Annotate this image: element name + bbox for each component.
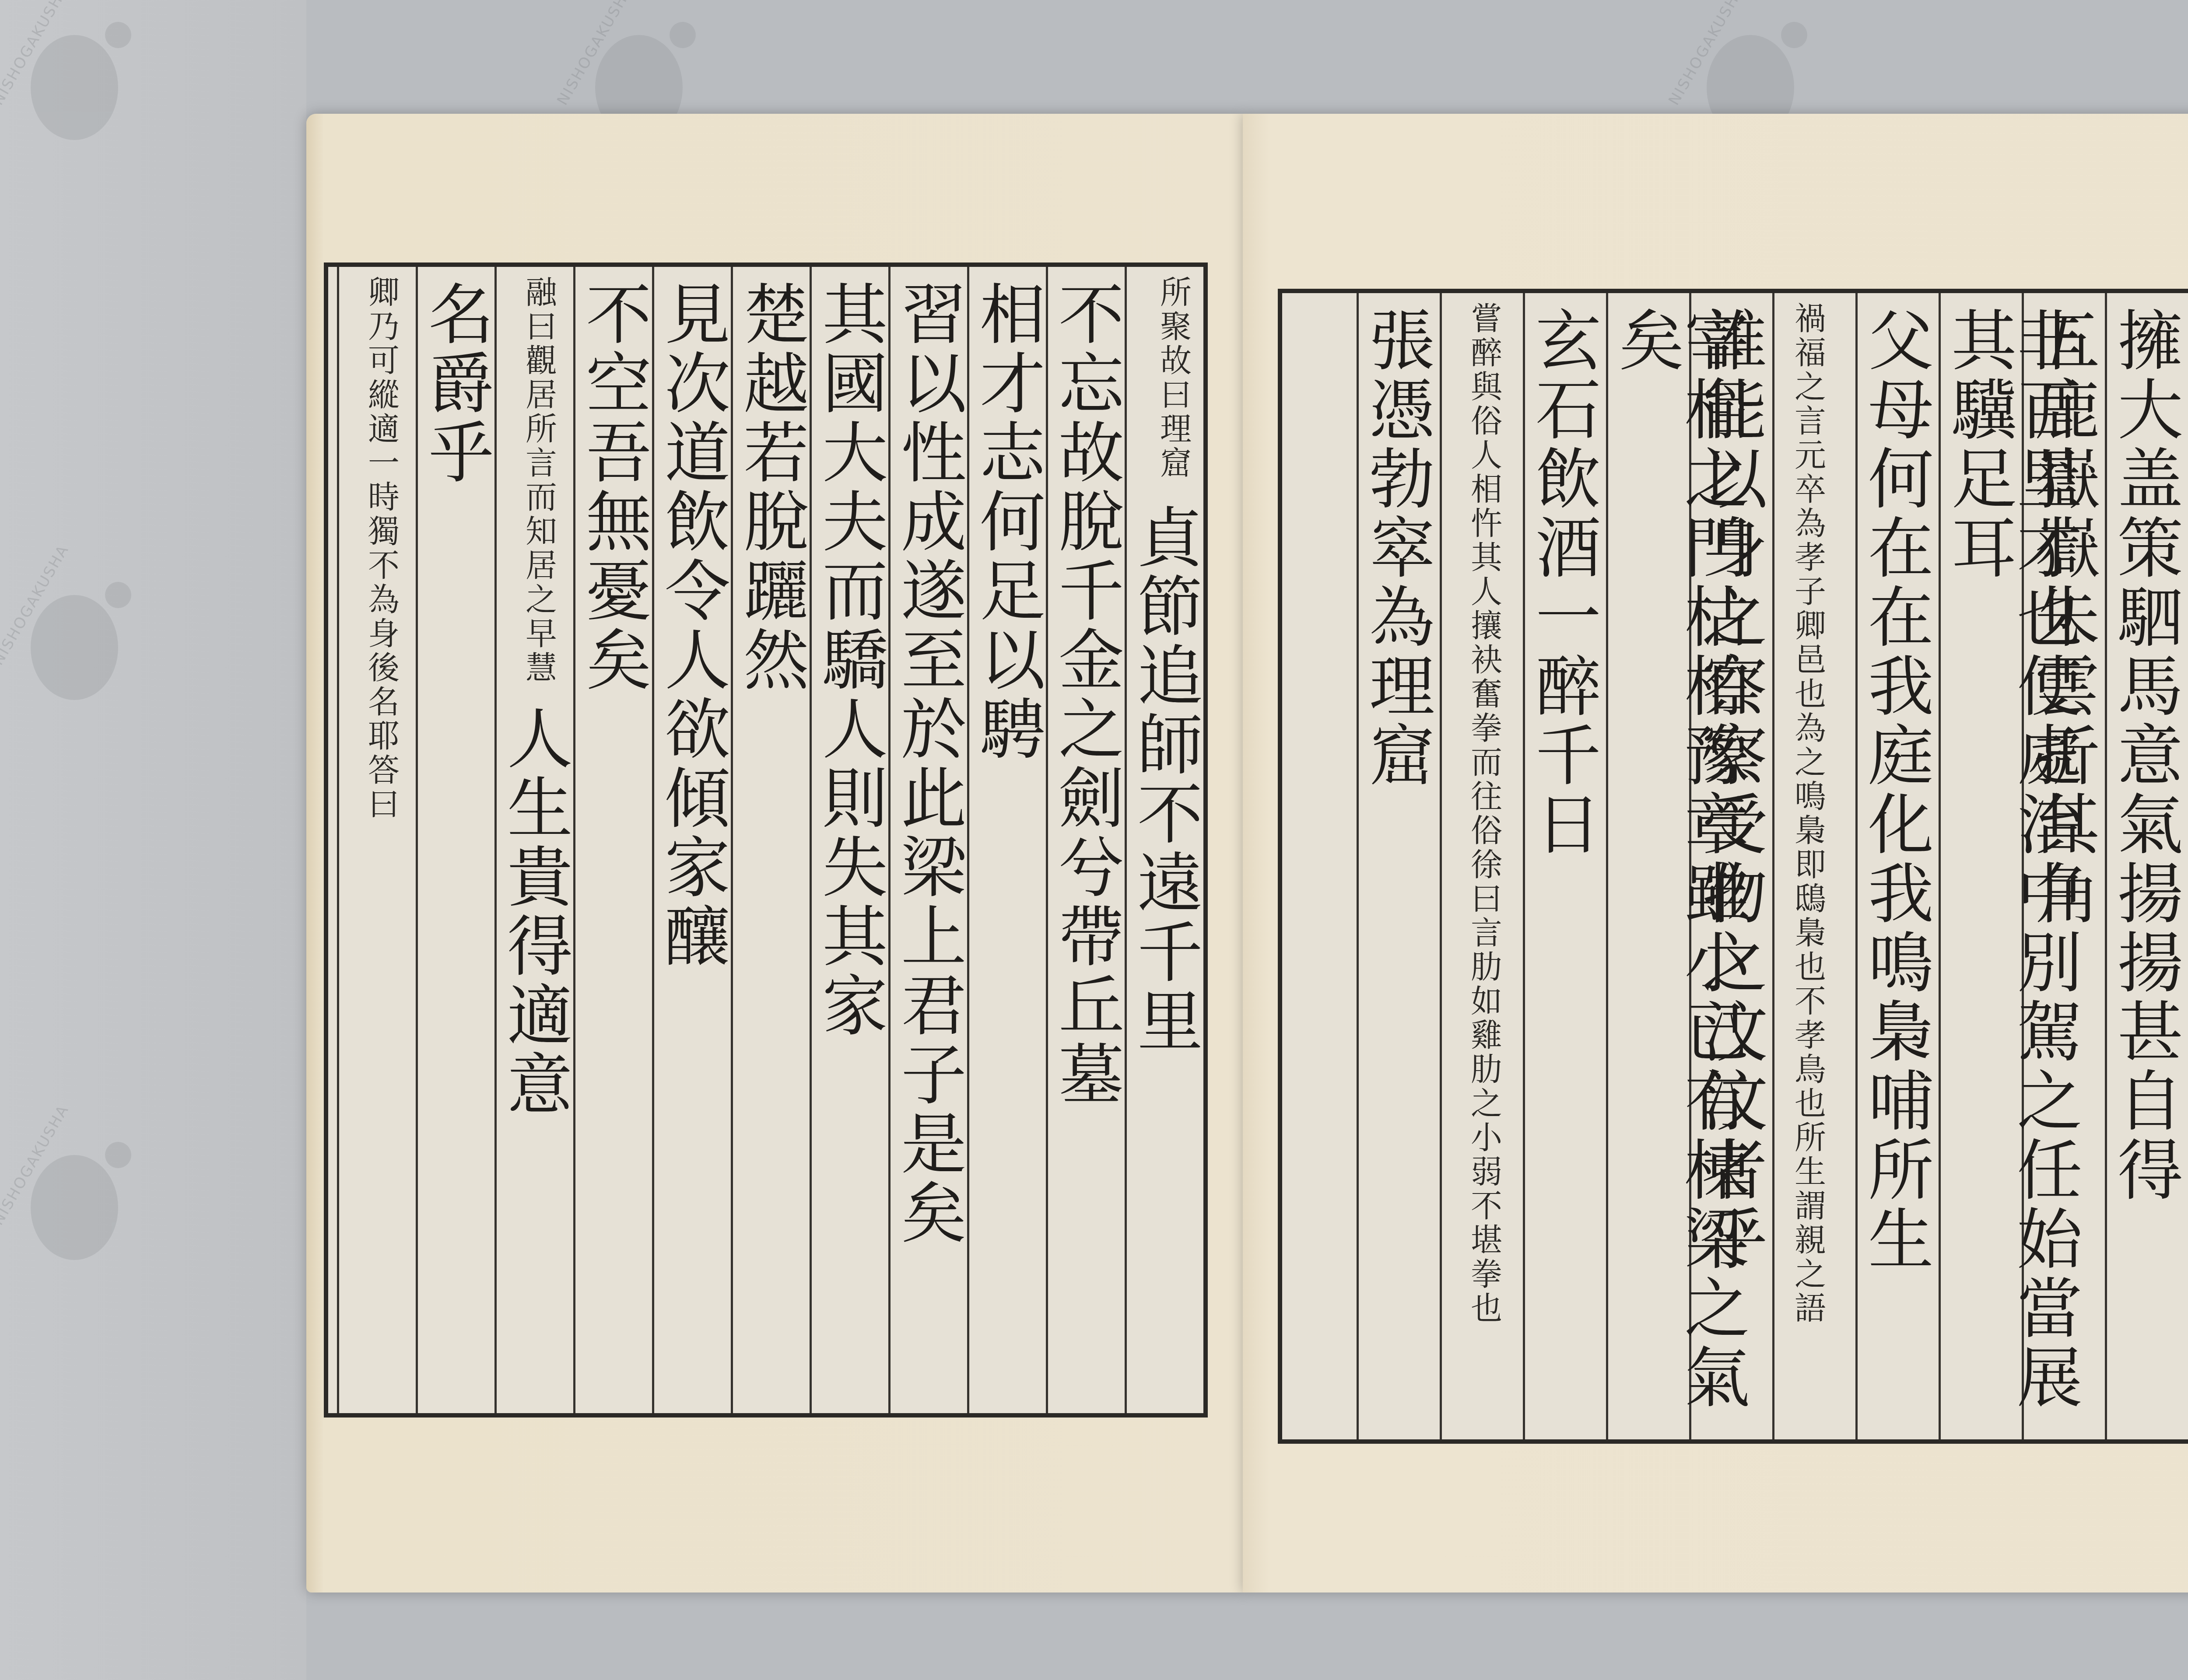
text-column: 非百里才也使處治中別駕之任始當展其驥足耳 xyxy=(1939,293,2022,1439)
right-page: 丹文鈔纂 卷 擁大盖策駟馬意氣揚揚甚自得 五鹿嶽嶽朱雲折其角 非百里才也使處治中… xyxy=(1243,114,2188,1592)
text-column: 不忘故脫千金之劍兮帶丘墓 xyxy=(1046,267,1125,1413)
watermark-logo-icon: NISHOGAKUSHA xyxy=(18,577,131,709)
text-column: 玄石飲酒一醉千日 xyxy=(1523,293,1606,1439)
watermark-logo-icon: NISHOGAKUSHA xyxy=(18,17,131,149)
open-book: 丹文鈔纂 卷 所聚故曰理窟 貞節追師不遠千里 不忘故脫千金之劍兮帶丘墓 相才志何… xyxy=(306,114,2188,1592)
text-column: 名爵乎 xyxy=(416,267,494,1413)
text-column: 其國大夫而驕人則失其家 xyxy=(810,267,888,1413)
text-column: 不空吾無憂矣 xyxy=(573,267,652,1413)
text-column: 卿乃可縱適一時獨不為身後名耶答曰 xyxy=(337,267,416,1413)
text-column: 相才志何足以騁 xyxy=(967,267,1046,1413)
text-column: 融曰觀居所言而知居之早慧 人生貴得適意 xyxy=(494,267,573,1413)
left-page: 丹文鈔纂 卷 所聚故曰理窟 貞節追師不遠千里 不忘故脫千金之劍兮帶丘墓 相才志何… xyxy=(306,114,1243,1592)
text-column: 嘗醉與俗人相忤其人攘袂奮拳而往俗徐曰言肋如雞肋之小弱不堪拳也 xyxy=(1440,293,1523,1439)
right-page-text-frame: 擁大盖策駟馬意氣揚揚甚自得 五鹿嶽嶽朱雲折其角 非百里才也使處治中別駕之任始當展… xyxy=(1278,289,2188,1444)
text-column: 楚越若脫躧然 xyxy=(731,267,810,1413)
text-column: 禍福之言元卒為孝子卿邑也為之鳴梟即鴟梟也不孝鳥也所生謂親之語 xyxy=(1772,293,1855,1439)
text-column: 父母何在在我庭化我鳴梟哺所生 xyxy=(1855,293,1939,1439)
text-column: 宰相之門枯柏豫章雖小已有棟梁之氣矣 xyxy=(1606,293,1689,1439)
text-column: 習以性成遂至於此梁上君子是矣 xyxy=(888,267,967,1413)
text-column: 所聚故曰理窟 貞節追師不遠千里 xyxy=(1125,267,1203,1413)
text-column: 擁大盖策駟馬意氣揚揚甚自得 xyxy=(2105,293,2188,1439)
left-page-text-frame: 所聚故曰理窟 貞節追師不遠千里 不忘故脫千金之劍兮帶丘墓 相才志何足以騁 習以性… xyxy=(324,262,1208,1417)
background-left xyxy=(0,0,306,1680)
watermark-logo-icon: NISHOGAKUSHA xyxy=(18,1137,131,1269)
text-column: 張憑勃窣為理窟 xyxy=(1357,293,1440,1439)
text-column: 見次道飲令人欲傾家釀 xyxy=(652,267,731,1413)
